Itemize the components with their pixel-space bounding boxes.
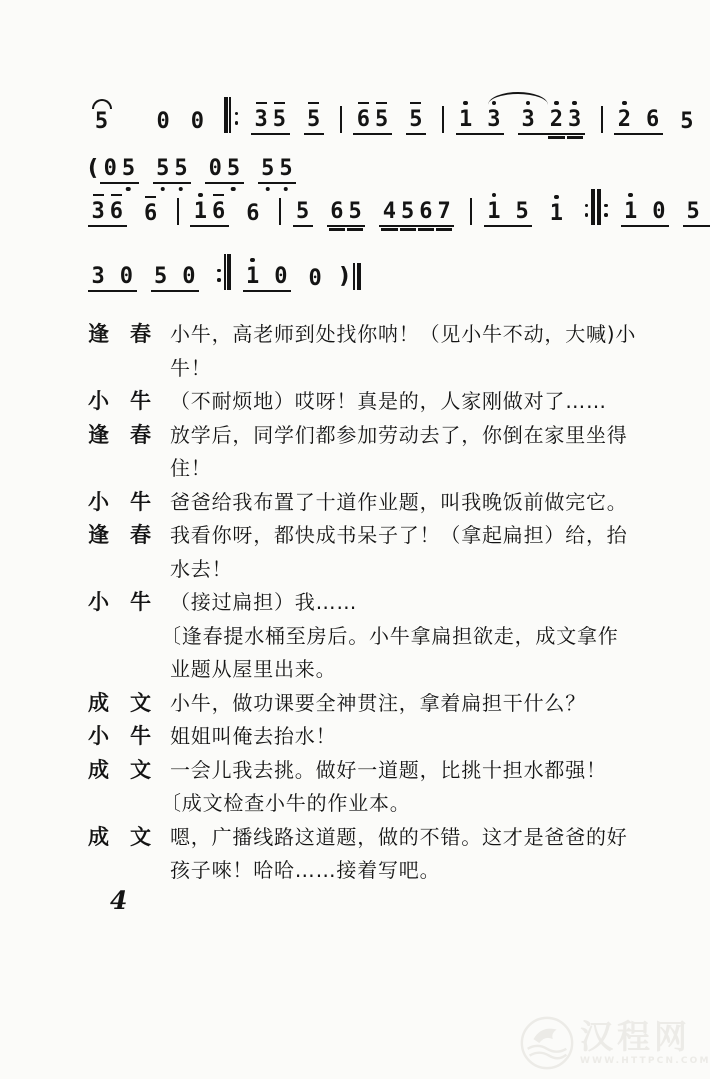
note-number: 1 (487, 200, 500, 223)
dialogue-entry: 成 文小牛，做功课要全神贯注，拿着扁担干什么？ (88, 687, 636, 721)
dialogue-line: 嗯，广播线路这道题，做的不错。这才是爸爸的好 (170, 821, 636, 855)
note-group: 10 (243, 253, 292, 292)
dialogue-entry: 逢 春小牛，高老师到处找你呐！（见小牛不动，大喊)小牛！ (88, 318, 636, 385)
note-number: 2 (618, 108, 631, 131)
barline-single (601, 106, 605, 135)
watermark-logo-icon (518, 1014, 576, 1072)
note: 0 (188, 98, 206, 133)
speaker-name (88, 620, 170, 687)
note-group: 65 (353, 96, 392, 135)
note-number: 0 (191, 110, 204, 133)
note: 6 (417, 188, 435, 223)
note-number: 0 (309, 267, 322, 290)
note-number: 0 (120, 265, 133, 288)
note: 5 (684, 188, 702, 223)
note-group: 5 (88, 98, 115, 135)
note-number: 6 (646, 108, 659, 131)
overbar-icon (145, 196, 156, 199)
dialogue-line: 一会儿我去挑。做好一道题，比挑十担水都强！ (170, 754, 636, 788)
note-group: 50 (683, 188, 710, 227)
overbar-icon (274, 102, 285, 105)
note: 3 (566, 96, 584, 131)
high-octave-dot-icon (492, 193, 497, 198)
note-number: 0 (652, 200, 665, 223)
note-group: 1 (546, 190, 566, 227)
note-number: 5 (92, 110, 112, 133)
dialogue-line: 〔成文检查小牛的作业本。 (170, 787, 636, 821)
dialogue-line: 业题从屋里出来。 (170, 653, 636, 687)
note-number: 6 (212, 200, 225, 223)
dialogue-entry: 逢 春我看你呀，都快成书呆子了！（拿起扁担）给，抬水去！ (88, 519, 636, 586)
note-number: 5 (296, 200, 309, 223)
note: 1 (547, 190, 565, 225)
low-octave-dot-icon (231, 187, 236, 192)
note: 5 (259, 145, 277, 180)
stage-direction: 〔成文检查小牛的作业本。 (88, 787, 636, 821)
note-number: 5 (273, 108, 286, 131)
note: 5 (152, 253, 170, 288)
note: 6 (354, 96, 372, 131)
music-line: 3050100) (88, 253, 633, 292)
low-octave-dot-icon (126, 187, 131, 192)
note-number: 3 (487, 108, 500, 131)
note-group: 55 (153, 145, 192, 184)
note-group: 36 (88, 188, 127, 227)
watermark-site-url: WWW.HTTPCN.COM (580, 1056, 710, 1066)
note-number: 5 (279, 157, 292, 180)
speaker-name: 小 牛 (88, 385, 170, 419)
dialogue-line: 放学后，同学们都参加劳动去了，你倒在家里坐得 (170, 419, 636, 453)
note-number: 0 (104, 157, 117, 180)
note: 6 (244, 190, 262, 225)
high-octave-dot-icon (628, 193, 633, 198)
speaker-name: 小 牛 (88, 586, 170, 620)
note: 5 (154, 145, 172, 180)
note: 2 (547, 96, 565, 131)
high-octave-dot-icon (250, 258, 255, 263)
dialogue-line: 水去！ (170, 553, 636, 587)
note: 0 (306, 255, 324, 290)
note-group: 05 (100, 145, 139, 184)
barline-single (177, 198, 181, 227)
dialogue-entry: 小 牛（不耐烦地）哎呀！真是的，人家刚做对了…… (88, 385, 636, 419)
note-number: 3 (92, 265, 105, 288)
dialogue-text: 〔成文检查小牛的作业本。 (170, 787, 636, 821)
note: 5 (89, 98, 114, 133)
note-group: 10 (621, 188, 670, 227)
speaker-name: 成 文 (88, 821, 170, 888)
note: 6 (328, 188, 346, 223)
note: 5 (346, 188, 364, 223)
stage-direction: 〔逢春提水桶至房后。小牛拿扁担欲走，成文拿作业题从屋里出来。 (88, 620, 636, 687)
note: 1 (622, 188, 640, 223)
note: 0 (206, 145, 224, 180)
note-number: 5 (122, 157, 135, 180)
tie-arc-icon (92, 99, 112, 109)
dialogue-line: 住！ (170, 452, 636, 486)
repeat-dots-icon (217, 262, 221, 288)
note: 3 (89, 253, 107, 288)
note: 5 (305, 96, 323, 131)
dialogue-line: 姐姐叫俺去抬水！ (170, 720, 636, 754)
note-number: 6 (110, 200, 123, 223)
overbar-icon (111, 194, 122, 197)
note-group: 4567 (379, 188, 454, 227)
note: 4 (380, 188, 398, 223)
note-group: 0 (153, 98, 173, 135)
speaker-name: 成 文 (88, 687, 170, 721)
low-octave-dot-icon (160, 187, 165, 192)
dialogue-text: 爸爸给我布置了十道作业题，叫我晚饭前做完它。 (170, 486, 636, 520)
note-number: 3 (255, 108, 268, 131)
note-number: 5 (401, 200, 414, 223)
high-octave-dot-icon (622, 101, 627, 106)
note-group: 35 (251, 96, 290, 135)
high-octave-dot-icon (572, 101, 577, 106)
speaker-name: 小 牛 (88, 720, 170, 754)
music-line: 36616656545671511050 (88, 188, 633, 227)
music-notation: 50035565513323265(0555055536616656545671… (88, 96, 633, 292)
note-number: 5 (680, 110, 693, 133)
note-number: 6 (419, 200, 432, 223)
note-group: 0 (187, 98, 207, 135)
note: 6 (644, 96, 662, 131)
note-group: 0 (305, 255, 325, 292)
repeat-dots-icon (604, 197, 608, 223)
barline-double-repeat (583, 189, 611, 227)
overbar-icon (358, 102, 369, 105)
note-number: 6 (330, 200, 343, 223)
note-number: 0 (157, 110, 170, 133)
note: 0 (117, 253, 135, 288)
dialogue-line: （不耐烦地）哎呀！真是的，人家刚做对了…… (170, 385, 636, 419)
dialogue-line: 〔逢春提水桶至房后。小牛拿扁担欲走，成文拿作 (170, 620, 636, 654)
dialogue-text: 一会儿我去挑。做好一道题，比挑十担水都强！ (170, 754, 636, 788)
note-number: 5 (156, 157, 169, 180)
note-number: 5 (516, 200, 529, 223)
repeat-dots-icon (585, 197, 589, 223)
note-group: 6 (141, 190, 161, 227)
low-octave-dot-icon (284, 187, 289, 192)
note-group: 65 (327, 188, 366, 227)
overbar-icon (256, 102, 267, 105)
dialogue-text: 姐姐叫俺去抬水！ (170, 720, 636, 754)
note: 5 (172, 145, 190, 180)
note-number: 6 (246, 202, 259, 225)
note: 1 (191, 188, 209, 223)
note-number: 4 (383, 200, 396, 223)
note: 0 (180, 253, 198, 288)
speaker-name: 小 牛 (88, 486, 170, 520)
speaker-name: 逢 春 (88, 318, 170, 385)
barline-end-repeat (215, 254, 233, 292)
note-group-slurred: 323 (518, 96, 585, 135)
dialogue-line: 孩子唻！哈哈……接着写吧。 (170, 854, 636, 888)
speaker-name: 逢 春 (88, 419, 170, 486)
note: 1 (244, 253, 262, 288)
note: 5 (678, 98, 696, 133)
note-number: 1 (624, 200, 637, 223)
low-octave-dot-icon (265, 187, 270, 192)
music-line: 50035565513323265 (88, 96, 633, 135)
high-octave-dot-icon (198, 193, 203, 198)
note-number: 0 (274, 265, 287, 288)
note: 5 (399, 188, 417, 223)
note-group: 16 (190, 188, 229, 227)
barline-single (442, 106, 446, 135)
note-number: 5 (375, 108, 388, 131)
note-number: 1 (459, 108, 472, 131)
note-group: 30 (88, 253, 137, 292)
dialogue-text: 小牛，做功课要全神贯注，拿着扁担干什么？ (170, 687, 636, 721)
note: 0 (154, 98, 172, 133)
dialogue-line: （接过扁担）我…… (170, 586, 636, 620)
speaker-name (88, 787, 170, 821)
note-group: 55 (258, 145, 297, 184)
note-number: 1 (246, 265, 259, 288)
watermark-site-name: 汉程网 (580, 1020, 710, 1054)
dialogue-text: 放学后，同学们都参加劳动去了，你倒在家里坐得住！ (170, 419, 636, 486)
note: 5 (294, 188, 312, 223)
note: 6 (107, 188, 125, 223)
dialogue-entry: 成 文嗯，广播线路这道题，做的不错。这才是爸爸的好孩子唻！哈哈……接着写吧。 (88, 821, 636, 888)
page-number: 4 (110, 886, 127, 915)
high-octave-dot-icon (463, 101, 468, 106)
note-number: 5 (409, 108, 422, 131)
note-group: 5 (677, 98, 697, 135)
note-group: 6 (243, 190, 263, 227)
overbar-icon (308, 102, 319, 105)
note: 5 (224, 145, 242, 180)
note-number: 5 (307, 108, 320, 131)
note-number: 5 (174, 157, 187, 180)
repeat-dots-icon (235, 105, 239, 131)
dialogue-text: （接过扁担）我…… (170, 586, 636, 620)
music-paren: ) (339, 265, 349, 292)
barline-begin-repeat (224, 97, 242, 135)
note: 0 (650, 188, 668, 223)
barline-single (470, 198, 474, 227)
dialogue-text: 我看你呀，都快成书呆子了！（拿起扁担）给，抬水去！ (170, 519, 636, 586)
note: 2 (615, 96, 633, 131)
note-group: 50 (151, 253, 200, 292)
note: 3 (519, 96, 537, 131)
overbar-icon (410, 102, 421, 105)
dialogue-line: 我看你呀，都快成书呆子了！（拿起扁担）给，抬 (170, 519, 636, 553)
note-number: 3 (568, 108, 581, 131)
note: 5 (373, 96, 391, 131)
note-number: 0 (182, 265, 195, 288)
dialogue-entry: 逢 春放学后，同学们都参加劳动去了，你倒在家里坐得住！ (88, 419, 636, 486)
dialogue-entry: 小 牛（接过扁担）我…… (88, 586, 636, 620)
dialogue-line: 爸爸给我布置了十道作业题，叫我晚饭前做完它。 (170, 486, 636, 520)
scanned-page: 50035565513323265(0555055536616656545671… (0, 0, 710, 1079)
note-number: 6 (144, 202, 157, 225)
speaker-name: 逢 春 (88, 519, 170, 586)
dialogue-text: 小牛，高老师到处找你呐！（见小牛不动，大喊)小牛！ (170, 318, 636, 385)
low-octave-dot-icon (179, 187, 184, 192)
watermark-text: 汉程网 WWW.HTTPCN.COM (580, 1020, 710, 1066)
note: 1 (485, 188, 503, 223)
note: 5 (270, 96, 288, 131)
music-paren: ( (88, 157, 98, 184)
note: 3 (89, 188, 107, 223)
dialogue-text: （不耐烦地）哎呀！真是的，人家刚做对了…… (170, 385, 636, 419)
note-number: 5 (154, 265, 167, 288)
note-number: 3 (522, 108, 535, 131)
barline-single (279, 198, 283, 227)
note-number: 7 (438, 200, 451, 223)
note: 6 (142, 190, 160, 225)
dialogue-entry: 小 牛姐姐叫俺去抬水！ (88, 720, 636, 754)
dialogue-entry: 小 牛爸爸给我布置了十道作业题，叫我晚饭前做完它。 (88, 486, 636, 520)
barline-single (340, 106, 344, 135)
note-group: 5 (293, 188, 313, 227)
note: 3 (252, 96, 270, 131)
dialogue-text: 〔逢春提水桶至房后。小牛拿扁担欲走，成文拿作业题从屋里出来。 (170, 620, 636, 687)
dialogue-entry: 成 文一会儿我去挑。做好一道题，比挑十担水都强！ (88, 754, 636, 788)
dialogue-line: 小牛，做功课要全神贯注，拿着扁担干什么？ (170, 687, 636, 721)
note-number: 1 (194, 200, 207, 223)
note: 7 (435, 188, 453, 223)
barline-final (353, 263, 362, 292)
note-number: 5 (349, 200, 362, 223)
note-number: 0 (209, 157, 222, 180)
note-group: 05 (205, 145, 244, 184)
note-number: 5 (687, 200, 700, 223)
note-number: 2 (550, 108, 563, 131)
speaker-name: 成 文 (88, 754, 170, 788)
overbar-icon (93, 194, 104, 197)
note: 5 (119, 145, 137, 180)
note: 5 (513, 188, 531, 223)
note: 6 (210, 188, 228, 223)
note-number: 5 (261, 157, 274, 180)
dialogue-text: 嗯，广播线路这道题，做的不错。这才是爸爸的好孩子唻！哈哈……接着写吧。 (170, 821, 636, 888)
note-group: 5 (304, 96, 324, 135)
note-group: 5 (406, 96, 426, 135)
watermark: 汉程网 WWW.HTTPCN.COM (518, 1014, 710, 1072)
music-line: (05550555 (88, 145, 633, 184)
note-group: 15 (484, 188, 533, 227)
note: 0 (101, 145, 119, 180)
note-number: 5 (227, 157, 240, 180)
note: 5 (277, 145, 295, 180)
dialogue-line: 牛！ (170, 352, 636, 386)
high-octave-dot-icon (554, 195, 559, 200)
high-octave-dot-icon (526, 101, 531, 106)
note-number: 6 (357, 108, 370, 131)
dialogue-section: 逢 春小牛，高老师到处找你呐！（见小牛不动，大喊)小牛！小 牛（不耐烦地）哎呀！… (88, 318, 636, 888)
dialogue-line: 小牛，高老师到处找你呐！（见小牛不动，大喊)小 (170, 318, 636, 352)
overbar-icon (376, 102, 387, 105)
overbar-icon (213, 194, 224, 197)
note-number: 1 (550, 202, 563, 225)
high-octave-dot-icon (554, 101, 559, 106)
note-group: 26 (614, 96, 663, 135)
note: 0 (272, 253, 290, 288)
note: 5 (407, 96, 425, 131)
note-number: 3 (92, 200, 105, 223)
note: 1 (457, 96, 475, 131)
